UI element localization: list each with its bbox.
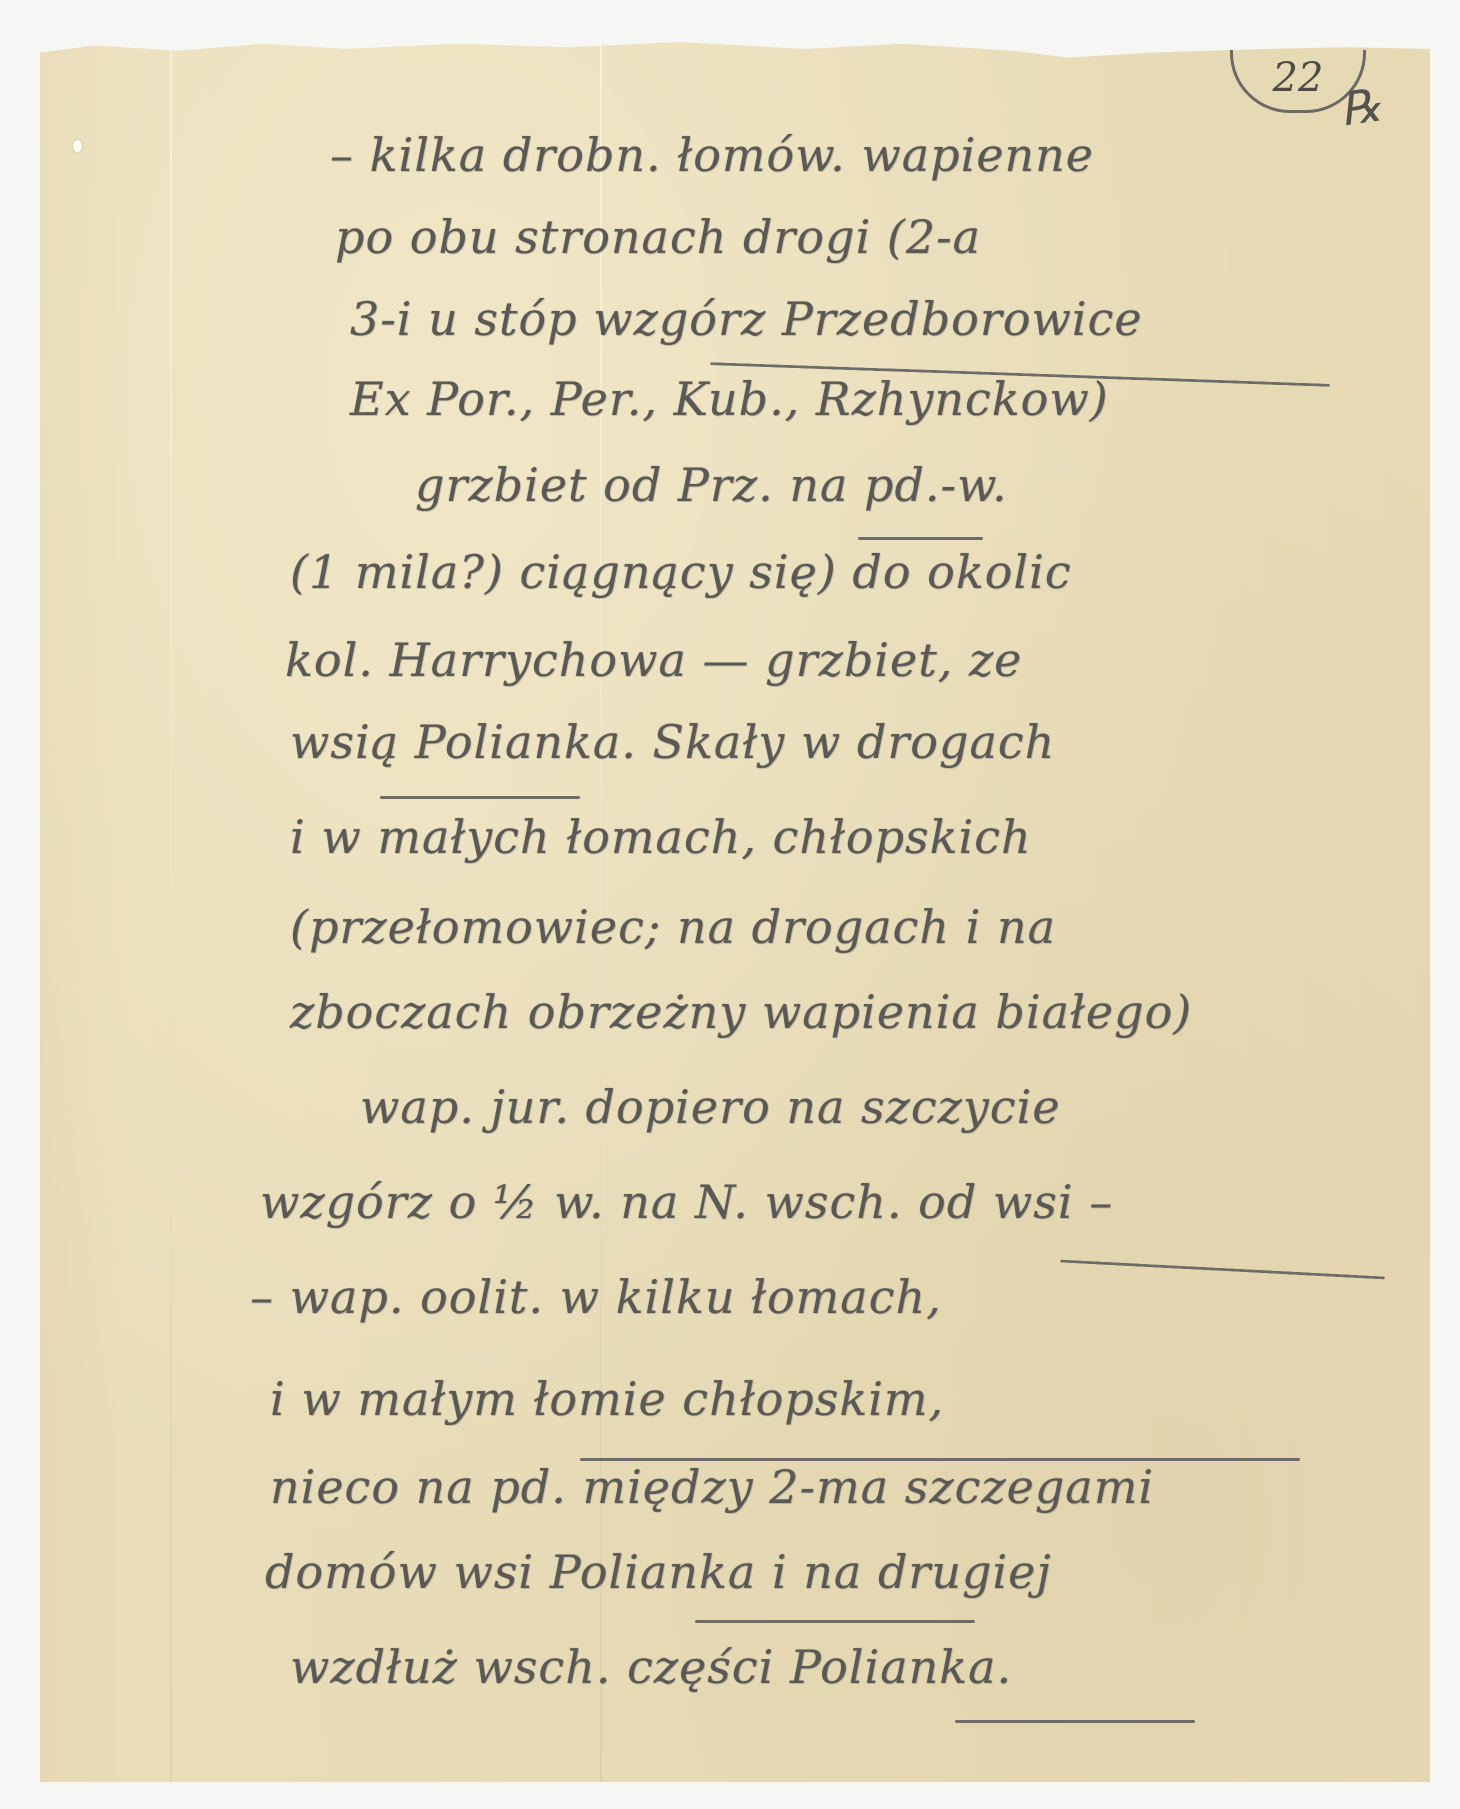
underline-polianka-3 xyxy=(955,1720,1195,1723)
text-line-4: Ex Por., Per., Kub., Rzhynckow) xyxy=(350,372,1109,426)
text-line-13: wzgórz o ½ w. na N. wsch. od wsi – xyxy=(260,1175,1113,1229)
text-line-18: wzdłuż wsch. części Polianka. xyxy=(290,1640,1012,1694)
text-line-11: zboczach obrzeżny wapienia białego) xyxy=(290,985,1192,1039)
text-line-17: domów wsi Polianka i na drugiej xyxy=(265,1545,1052,1599)
punch-hole xyxy=(73,140,82,152)
corner-signature-mark: ℞ xyxy=(1336,77,1384,136)
text-line-2: po obu stronach drogi (2-a xyxy=(335,210,981,264)
text-line-5: grzbiet od Prz. na pd.-w. xyxy=(415,458,1008,512)
text-line-9: i w małych łomach, chłopskich xyxy=(290,810,1032,864)
text-line-12: wap. jur. dopiero na szczycie xyxy=(360,1080,1061,1134)
text-line-6: (1 mila?) ciągnący się) do okolic xyxy=(290,545,1072,599)
paper-fold-line xyxy=(170,42,172,1782)
underline-polianka-2 xyxy=(695,1620,975,1623)
text-line-16: nieco na pd. między 2-ma szczegami xyxy=(270,1460,1154,1514)
text-line-7: kol. Harrychowa — grzbiet, ze xyxy=(285,633,1022,687)
text-line-14: – wap. oolit. w kilku łomach, xyxy=(250,1270,942,1324)
text-line-15: i w małym łomie chłopskim, xyxy=(270,1372,944,1426)
text-line-8: wsią Polianka. Skały w drogach xyxy=(290,715,1055,769)
text-line-3: 3-i u stóp wzgórz Przedborowice xyxy=(350,292,1143,346)
text-line-10: (przełomowiec; na drogach i na xyxy=(290,900,1056,954)
underline-polianka-1 xyxy=(380,796,580,799)
text-line-1: – kilka drobn. łomów. wapienne xyxy=(330,128,1094,182)
underline-prz xyxy=(858,537,983,540)
